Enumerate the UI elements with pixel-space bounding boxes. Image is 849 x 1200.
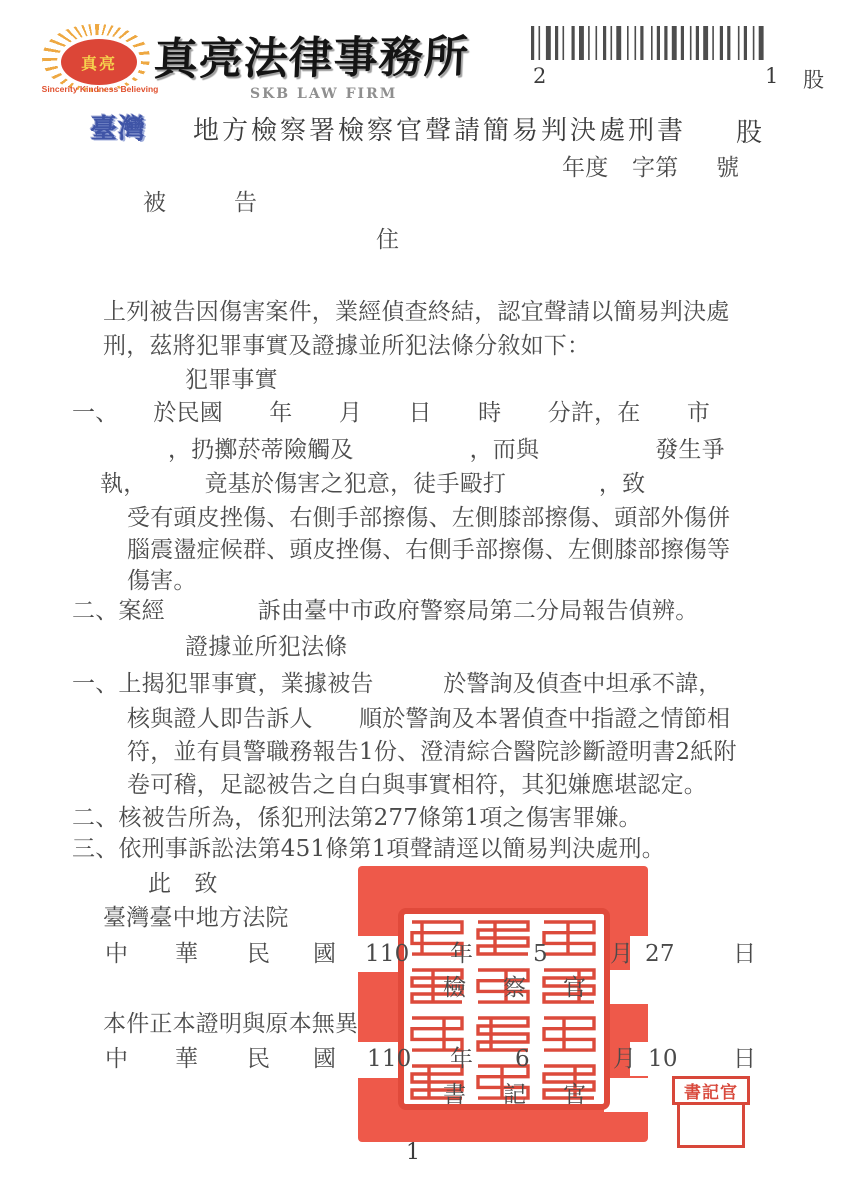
unit-label: 股 <box>736 118 765 149</box>
evidence-line-5: 二、核被告所為，係犯刑法第277條第1項之傷害罪嫌。 <box>72 805 642 833</box>
case-word-label: 字第 <box>632 155 678 183</box>
facts-line-1: 一、 於民國 年 月 日 時 分許，在 市 <box>72 400 710 428</box>
clerk-stamp-label: 書記官 <box>672 1076 750 1105</box>
barcode-right-digit: 1 <box>765 64 778 88</box>
clerk-title-1: 書 <box>443 1082 466 1110</box>
case-year-label: 年度 <box>562 155 608 183</box>
case-number-label: 號 <box>716 155 739 183</box>
firm-name: 真亮法律事務所 <box>153 21 471 88</box>
facts-line-2: ，扔擲菸蒂險觸及 ，而與 發生爭 <box>168 437 725 465</box>
date2-year: 110 <box>367 1046 412 1074</box>
date1-year: 110 <box>365 941 410 969</box>
prosecutor-seal-glyphs <box>404 914 604 1104</box>
page-number: 1 <box>406 1140 420 1166</box>
prosecutor-title-3: 官 <box>563 975 586 1003</box>
barcode-unit-label: 股 <box>803 64 824 94</box>
doc-title: 地方檢察署檢察官聲請簡易判決處刑書 <box>193 116 686 147</box>
date2-min: 民 <box>247 1046 270 1074</box>
date2-day: 10 <box>648 1046 678 1074</box>
facts-line-7: 二、案經 訴由臺中市政府警察局第二分局報告偵辨。 <box>72 598 698 626</box>
evidence-line-6: 三、依刑事訴訟法第451條第1項聲請逕以簡易判決處刑。 <box>72 836 665 864</box>
certification-line: 本件正本證明與原本無異 <box>103 1011 358 1039</box>
stamp-notch <box>604 970 648 1004</box>
address-label: 住 <box>376 227 399 255</box>
date2-guo: 國 <box>313 1046 336 1074</box>
section-facts: 犯罪事實 <box>185 367 278 395</box>
date2-hua: 華 <box>175 1046 198 1074</box>
clerk-title-2: 記 <box>503 1082 526 1110</box>
date1-day: 27 <box>645 941 675 969</box>
date2-month-label: 月 <box>613 1046 636 1074</box>
clerk-title-3: 官 <box>563 1082 586 1110</box>
date1-month: 5 <box>533 941 548 969</box>
clerk-stamp-empty-box <box>677 1105 745 1148</box>
date1-day-label: 日 <box>733 941 756 969</box>
date1-year-label: 年 <box>450 941 473 969</box>
sun-seal: 真亮 <box>57 35 141 89</box>
date1-zhong: 中 <box>105 941 128 969</box>
evidence-line-3: 符，並有員警職務報告1份、澄清綜合醫院診斷證明書2紙附 <box>127 739 737 767</box>
date1-guo: 國 <box>313 941 336 969</box>
date1-min: 民 <box>247 941 270 969</box>
date2-year-label: 年 <box>450 1046 473 1074</box>
firm-name-english: SKB LAW FIRM <box>250 86 397 102</box>
defendant-label: 被 <box>143 190 166 218</box>
body-line-1: 上列被告因傷害案件，業經偵查終結，認宜聲請以簡易判決處 <box>103 299 729 327</box>
court-name: 臺灣臺中地方法院 <box>103 905 289 933</box>
date2-month: 6 <box>515 1046 530 1074</box>
date2-zhong: 中 <box>105 1046 128 1074</box>
evidence-line-4: 卷可稽，足認被告之自白與事實相符，其犯嫌應堪認定。 <box>127 772 707 800</box>
prosecutor-seal <box>398 908 610 1110</box>
facts-line-4: 受有頭皮挫傷、右側手部擦傷、左側膝部擦傷、頭部外傷併 <box>127 505 730 533</box>
facts-line-5: 腦震盪症候群、頭皮挫傷、右側手部擦傷、左側膝部擦傷等 <box>127 537 730 565</box>
firm-logo: 真亮 Sincerity Kindness Believing <box>40 22 160 100</box>
barcode-left-digit: 2 <box>533 64 546 88</box>
body-line-2: 刑，茲將犯罪事實及證據並所犯法條分敘如下： <box>103 333 590 361</box>
logo-seal-text: 真亮 <box>81 51 117 74</box>
jurisdiction-redacted: 臺灣 <box>90 114 146 146</box>
closing-salute: 此 致 <box>148 871 218 899</box>
prosecutor-title-1: 檢 <box>443 975 466 1003</box>
scanned-indictment-document: 真亮 Sincerity Kindness Believing 真亮法律事務所 … <box>0 0 849 1200</box>
section-evidence: 證據並所犯法條 <box>185 634 347 662</box>
logo-tagline: Sincerity Kindness Believing <box>36 84 164 94</box>
stamp-notch <box>604 1078 648 1112</box>
evidence-line-1: 一、上揭犯罪事實，業據被告 於警詢及偵查中坦承不諱， <box>72 671 722 699</box>
defendant-label-2: 告 <box>234 190 257 218</box>
barcode <box>531 26 821 62</box>
date1-month-label: 月 <box>610 941 633 969</box>
date2-day-label: 日 <box>733 1046 756 1074</box>
facts-line-6: 傷害。 <box>127 568 197 596</box>
facts-line-3: 執， 竟基於傷害之犯意，徒手毆打 ，致 <box>100 471 645 499</box>
prosecutor-title-2: 察 <box>503 975 526 1003</box>
date1-hua: 華 <box>175 941 198 969</box>
evidence-line-2: 核與證人即告訴人 順於警詢及本署偵查中指證之情節相 <box>127 706 730 734</box>
clerk-stamp: 書記官 <box>672 1076 750 1150</box>
